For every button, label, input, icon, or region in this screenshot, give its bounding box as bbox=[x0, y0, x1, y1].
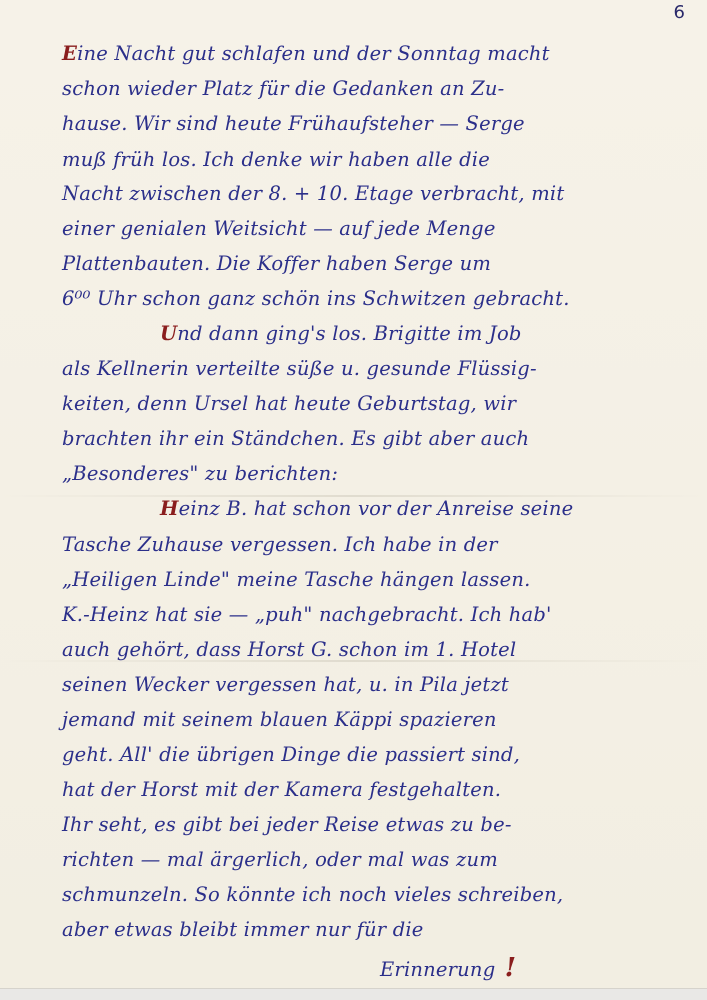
line-text: keiten, denn Ursel hat heute Geburtstag,… bbox=[62, 392, 516, 415]
red-exclamation-mark: ! bbox=[495, 953, 516, 983]
line-text: 6⁰⁰ Uhr schon ganz schön ins Schwitzen g… bbox=[62, 287, 570, 310]
red-initial-letter: H bbox=[160, 497, 179, 520]
handwritten-line: richten — mal ärgerlich, oder mal was zu… bbox=[62, 848, 498, 871]
handwritten-line: geht. All' die übrigen Dinge die passier… bbox=[62, 743, 520, 766]
handwritten-line: aber etwas bleibt immer nur für die bbox=[62, 918, 424, 941]
handwritten-line: 6⁰⁰ Uhr schon ganz schön ins Schwitzen g… bbox=[62, 287, 570, 310]
line-text: Erinnerung bbox=[380, 958, 495, 981]
handwritten-line: Nacht zwischen der 8. + 10. Etage verbra… bbox=[62, 182, 564, 205]
line-text: geht. All' die übrigen Dinge die passier… bbox=[62, 743, 520, 766]
line-text: aber etwas bleibt immer nur für die bbox=[62, 918, 424, 941]
handwritten-line: Erinnerung ! bbox=[380, 953, 516, 983]
line-text: muß früh los. Ich denke wir haben alle d… bbox=[62, 148, 490, 171]
letter-page: 6 Eine Nacht gut schlafen und der Sonnta… bbox=[0, 0, 707, 988]
line-text: Ihr seht, es gibt bei jeder Reise etwas … bbox=[62, 813, 512, 836]
red-initial-letter: E bbox=[62, 42, 77, 65]
line-text: einz B. hat schon vor der Anreise seine bbox=[179, 497, 574, 520]
line-text: als Kellnerin verteilte süße u. gesunde … bbox=[62, 357, 537, 380]
line-text: Tasche Zuhause vergessen. Ich habe in de… bbox=[62, 533, 498, 556]
line-text: „Heiligen Linde" meine Tasche hängen las… bbox=[62, 568, 530, 591]
handwritten-line: hause. Wir sind heute Frühaufsteher — Se… bbox=[62, 112, 525, 135]
handwritten-line: seinen Wecker vergessen hat, u. in Pila … bbox=[62, 673, 509, 696]
line-text: auch gehört, dass Horst G. schon im 1. H… bbox=[62, 638, 516, 661]
line-text: nd dann ging's los. Brigitte im Job bbox=[177, 322, 521, 345]
line-text: einer genialen Weitsicht — auf jede Meng… bbox=[62, 217, 496, 240]
line-text: jemand mit seinem blauen Käppi spazieren bbox=[62, 708, 497, 731]
red-initial-letter: U bbox=[160, 322, 177, 345]
line-text: „Besonderes" zu berichten: bbox=[62, 462, 338, 485]
handwritten-line: brachten ihr ein Ständchen. Es gibt aber… bbox=[62, 427, 529, 450]
scan-bottom-edge bbox=[0, 988, 707, 1000]
line-text: Plattenbauten. Die Koffer haben Serge um bbox=[62, 252, 491, 275]
handwritten-line: hat der Horst mit der Kamera festgehalte… bbox=[62, 778, 501, 801]
handwritten-line: jemand mit seinem blauen Käppi spazieren bbox=[62, 708, 497, 731]
handwritten-line: Heinz B. hat schon vor der Anreise seine bbox=[160, 497, 573, 520]
handwritten-line: Eine Nacht gut schlafen und der Sonntag … bbox=[62, 42, 550, 65]
line-text: ine Nacht gut schlafen und der Sonntag m… bbox=[77, 42, 550, 65]
handwritten-line: schmunzeln. So könnte ich noch vieles sc… bbox=[62, 883, 563, 906]
line-text: brachten ihr ein Ständchen. Es gibt aber… bbox=[62, 427, 529, 450]
handwritten-line: auch gehört, dass Horst G. schon im 1. H… bbox=[62, 638, 516, 661]
line-text: hat der Horst mit der Kamera festgehalte… bbox=[62, 778, 501, 801]
line-text: schon wieder Platz für die Gedanken an Z… bbox=[62, 77, 504, 100]
handwritten-line: schon wieder Platz für die Gedanken an Z… bbox=[62, 77, 504, 100]
handwritten-line: muß früh los. Ich denke wir haben alle d… bbox=[62, 148, 490, 171]
handwritten-line: „Heiligen Linde" meine Tasche hängen las… bbox=[62, 568, 530, 591]
line-text: schmunzeln. So könnte ich noch vieles sc… bbox=[62, 883, 563, 906]
line-text: seinen Wecker vergessen hat, u. in Pila … bbox=[62, 673, 509, 696]
handwritten-line: Tasche Zuhause vergessen. Ich habe in de… bbox=[62, 533, 498, 556]
line-text: Nacht zwischen der 8. + 10. Etage verbra… bbox=[62, 182, 564, 205]
page-number: 6 bbox=[674, 2, 685, 23]
line-text: hause. Wir sind heute Frühaufsteher — Se… bbox=[62, 112, 525, 135]
handwritten-line: keiten, denn Ursel hat heute Geburtstag,… bbox=[62, 392, 516, 415]
line-text: richten — mal ärgerlich, oder mal was zu… bbox=[62, 848, 498, 871]
handwritten-line: Und dann ging's los. Brigitte im Job bbox=[160, 322, 522, 345]
handwritten-line: einer genialen Weitsicht — auf jede Meng… bbox=[62, 217, 496, 240]
handwritten-line: als Kellnerin verteilte süße u. gesunde … bbox=[62, 357, 537, 380]
handwritten-line: Plattenbauten. Die Koffer haben Serge um bbox=[62, 252, 491, 275]
handwritten-line: Ihr seht, es gibt bei jeder Reise etwas … bbox=[62, 813, 512, 836]
handwritten-line: K.-Heinz hat sie — „puh" nachgebracht. I… bbox=[62, 603, 552, 626]
line-text: K.-Heinz hat sie — „puh" nachgebracht. I… bbox=[62, 603, 552, 626]
handwritten-line: „Besonderes" zu berichten: bbox=[62, 462, 338, 485]
